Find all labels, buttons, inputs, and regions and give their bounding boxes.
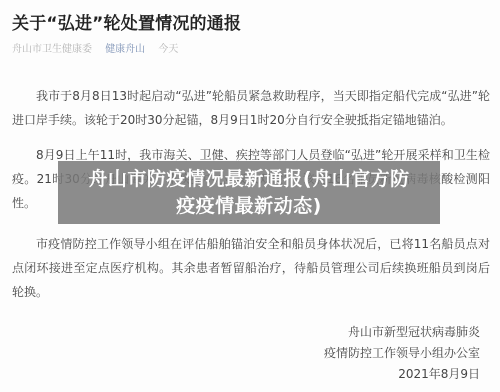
article-title: 关于“弘进”轮处置情况的通报 [12, 9, 241, 34]
overlay-caption: 舟山市防疫情况最新通报(舟山官方防疫疫情最新动态) [84, 166, 414, 220]
signature-date: 2021年8月9日 [324, 364, 480, 385]
signature-org-line-1: 舟山市新型冠状病毒肺炎 [324, 322, 480, 343]
paragraph-1: 我市于8月8日13时起启动“弘进”轮船员紧急救助程序，当天即指定船代完成“弘进”… [12, 84, 490, 132]
publish-time: 今天 [158, 44, 178, 55]
source-name: 舟山市卫生健康委 [12, 44, 92, 55]
article: 关于“弘进”轮处置情况的通报 舟山市卫生健康委 健康舟山 今天 我市于8月8日1… [0, 0, 500, 392]
caption-overlay: 舟山市防疫情况最新通报(舟山官方防疫疫情最新动态) [58, 161, 440, 224]
paragraph-3: 市疫情防控工作领导小组在评估船舶锚泊安全和船员身体状况后，已将11名船员点对点闭… [12, 232, 490, 304]
signature-block: 舟山市新型冠状病毒肺炎 疫情防控工作领导小组办公室 2021年8月9日 [324, 322, 480, 385]
article-meta: 舟山市卫生健康委 健康舟山 今天 [12, 40, 188, 55]
account-link[interactable]: 健康舟山 [105, 44, 145, 55]
signature-org-line-2: 疫情防控工作领导小组办公室 [324, 343, 480, 364]
